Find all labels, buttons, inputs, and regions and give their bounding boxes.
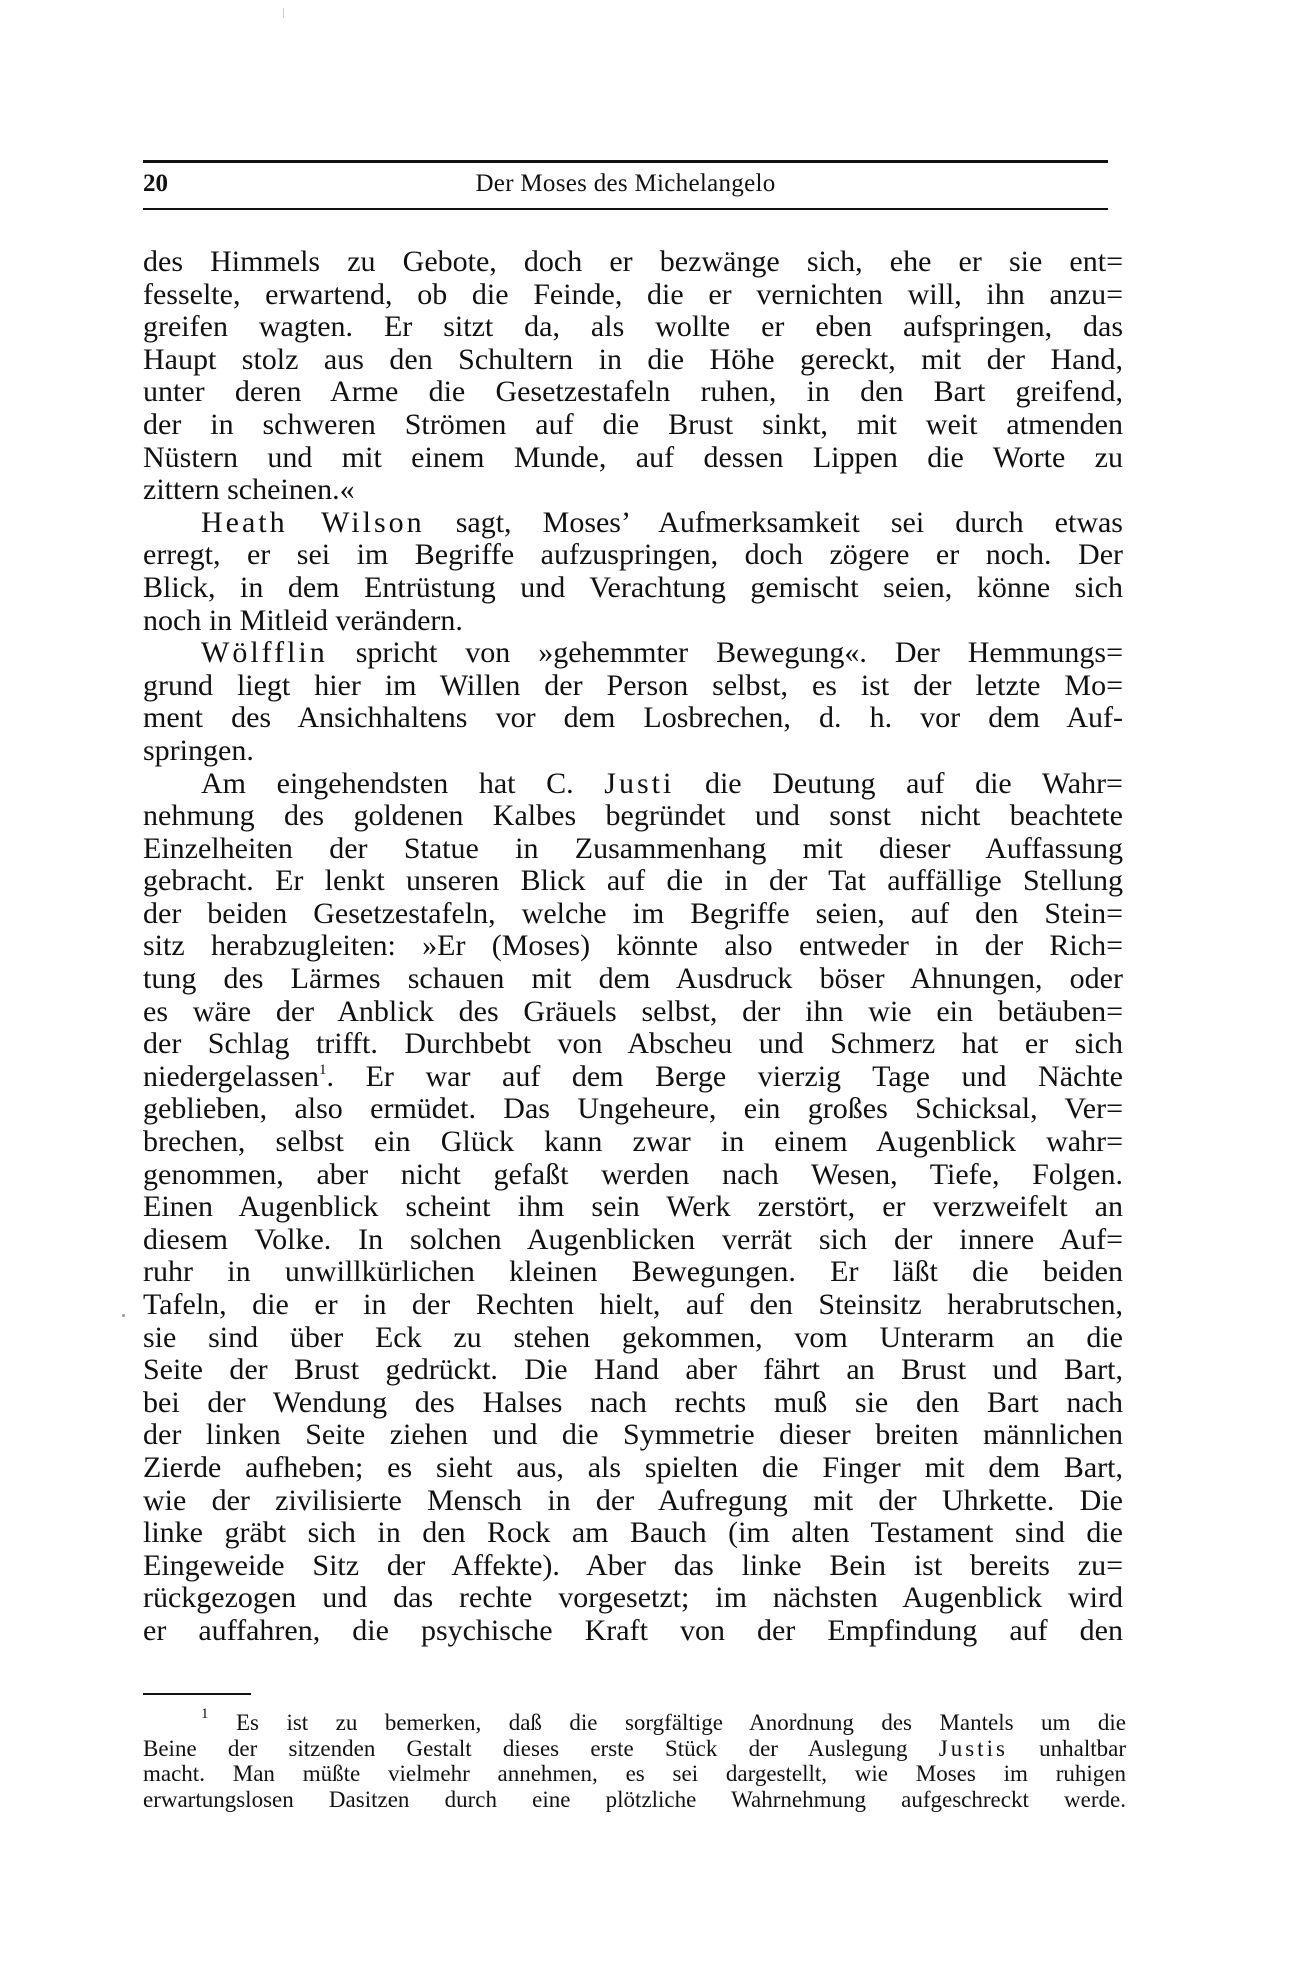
footnote-marker: 1	[201, 1706, 209, 1722]
text-segment: unhaltbar	[1008, 1736, 1126, 1761]
text-line: geblieben, also ermüdet. Das Ungeheure, …	[143, 1093, 1123, 1126]
body-text: des Himmels zu Gebote, doch er bezwänge …	[143, 246, 1123, 1648]
text-line: Tafeln, die er in der Rechten hielt, auf…	[143, 1289, 1123, 1322]
text-line: diesem Volke. In solchen Augenblicken ve…	[143, 1224, 1123, 1257]
text-line: bei der Wendung des Halses nach rechts m…	[143, 1387, 1123, 1420]
text-line: Wölfflin spricht von »gehemmter Bewegung…	[143, 637, 1123, 670]
margin-mark	[122, 1314, 125, 1317]
text-line: der in schweren Strömen auf die Brust si…	[143, 409, 1123, 442]
footnote-line: Beine der sitzenden Gestalt dieses erste…	[143, 1736, 1126, 1762]
text-segment: die Deutung auf die Wahr=	[674, 767, 1123, 800]
text-segment: niedergelassen	[143, 1060, 319, 1093]
text-line: Seite der Brust gedrückt. Die Hand aber …	[143, 1354, 1123, 1387]
text-line: wie der zivilisierte Mensch in der Aufre…	[143, 1485, 1123, 1518]
spaced-name: Wölfflin	[201, 636, 328, 669]
text-line: gebracht. Er lenkt unseren Blick auf die…	[143, 865, 1123, 898]
text-segment: Am eingehendsten hat C.	[201, 767, 604, 800]
text-line: Blick, in dem Entrüstung und Verachtung …	[143, 572, 1123, 605]
running-head: 20 Der Moses des Michelangelo	[143, 168, 1108, 202]
text-line: der linken Seite ziehen und die Symmetri…	[143, 1419, 1123, 1452]
footnotes: 1 Es ist zu bemerken, daß die sorgfältig…	[143, 1710, 1126, 1812]
text-line: niedergelassen1. Er war auf dem Berge vi…	[143, 1061, 1123, 1094]
spaced-name: Justi	[604, 767, 674, 800]
text-line: unter deren Arme die Gesetzestafeln ruhe…	[143, 376, 1123, 409]
text-segment: sagt, Moses’ Aufmerksamkeit sei durch et…	[425, 506, 1123, 539]
text-line: sie sind über Eck zu stehen gekommen, vo…	[143, 1322, 1123, 1355]
text-line: Heath Wilson sagt, Moses’ Aufmerksamkeit…	[143, 507, 1123, 540]
text-line: Einzelheiten der Statue in Zusammenhang …	[143, 833, 1123, 866]
text-line: ment des Ansichhaltens vor dem Losbreche…	[143, 702, 1123, 735]
text-line: genommen, aber nicht gefaßt werden nach …	[143, 1159, 1123, 1192]
text-line: linke gräbt sich in den Rock am Bauch (i…	[143, 1517, 1123, 1550]
text-line: Nüstern und mit einem Munde, auf dessen …	[143, 442, 1123, 475]
text-line: des Himmels zu Gebote, doch er bezwänge …	[143, 246, 1123, 279]
text-line: tung des Lärmes schauen mit dem Ausdruck…	[143, 963, 1123, 996]
text-line: nehmung des goldenen Kalbes begründet un…	[143, 800, 1123, 833]
text-line: der Schlag trifft. Durchbebt von Abscheu…	[143, 1028, 1123, 1061]
header-rule-bottom	[143, 208, 1108, 210]
text-line: Einen Augenblick scheint ihm sein Werk z…	[143, 1191, 1123, 1224]
footnote-line: macht. Man müßte vielmehr annehmen, es s…	[143, 1761, 1126, 1787]
text-line: Haupt stolz aus den Schultern in die Höh…	[143, 344, 1123, 377]
text-segment: Beine der sitzenden Gestalt dieses erste…	[143, 1736, 939, 1761]
text-line: Zierde aufheben; es sieht aus, als spiel…	[143, 1452, 1123, 1485]
text-line: springen.	[143, 735, 1123, 768]
text-line: Eingeweide Sitz der Affekte). Aber das l…	[143, 1550, 1123, 1583]
text-line: er auffahren, die psychische Kraft von d…	[143, 1615, 1123, 1648]
scan-mark	[283, 8, 284, 18]
text-line: zittern scheinen.«	[143, 474, 1123, 507]
footnote-rule	[143, 1693, 251, 1695]
spaced-name: Heath Wilson	[201, 506, 425, 539]
text-line: es wäre der Anblick des Gräuels selbst, …	[143, 996, 1123, 1029]
book-page: 20 Der Moses des Michelangelo des Himmel…	[0, 0, 1316, 1988]
text-segment: spricht von »gehemmter Bewegung«. Der He…	[328, 636, 1123, 669]
text-line: sitz herabzugleiten: »Er (Moses) könnte …	[143, 930, 1123, 963]
text-line: der beiden Gesetzestafeln, welche im Beg…	[143, 898, 1123, 931]
text-line: fesselte, erwartend, ob die Feinde, die …	[143, 279, 1123, 312]
text-segment: Es ist zu bemerken, daß die sorgfältige …	[209, 1710, 1127, 1735]
running-title: Der Moses des Michelangelo	[143, 170, 1108, 198]
text-line: erregt, er sei im Begriffe aufzuspringen…	[143, 539, 1123, 572]
footnote-line: 1 Es ist zu bemerken, daß die sorgfältig…	[143, 1710, 1126, 1736]
footnote-marker: 1	[319, 1062, 327, 1078]
text-segment: . Er war auf dem Berge vierzig Tage und …	[327, 1060, 1123, 1093]
text-line: ruhr in unwillkürlichen kleinen Bewegung…	[143, 1256, 1123, 1289]
spaced-name: Justis	[939, 1736, 1008, 1761]
text-line: brechen, selbst ein Glück kann zwar in e…	[143, 1126, 1123, 1159]
text-line: grund liegt hier im Willen der Person se…	[143, 670, 1123, 703]
header-rule-top	[143, 160, 1108, 163]
text-line: rückgezogen und das rechte vorgesetzt; i…	[143, 1582, 1123, 1615]
footnote-line: erwartungslosen Dasitzen durch eine plöt…	[143, 1787, 1126, 1813]
text-line: greifen wagten. Er sitzt da, als wollte …	[143, 311, 1123, 344]
text-line: Am eingehendsten hat C. Justi die Deutun…	[143, 768, 1123, 801]
text-line: noch in Mitleid verändern.	[143, 605, 1123, 638]
